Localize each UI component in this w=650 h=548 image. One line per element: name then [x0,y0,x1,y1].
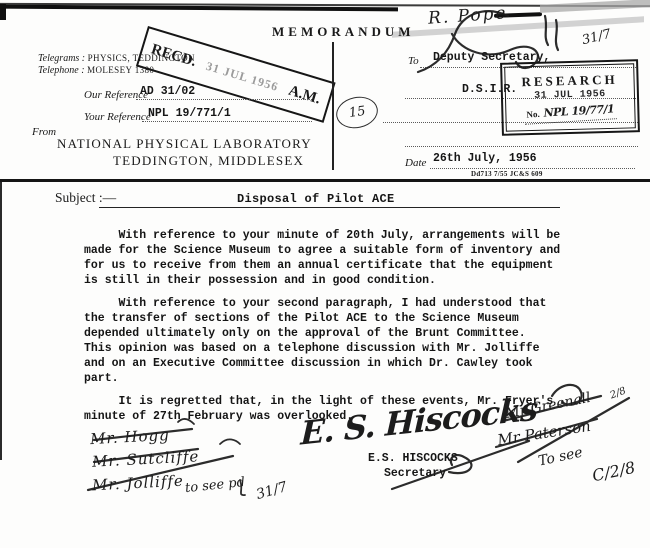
secretary-strike [392,441,529,489]
research-stamp: RESEARCH 31 JUL 1956 No. NPL 19/77/1 [500,59,640,136]
research-stamp-no-label: No. [526,109,540,120]
body-line: part. [84,371,576,386]
routing-note-left: to see pd [184,475,245,496]
top-scribble-date: 31/7 [581,27,613,49]
subject-title: Disposal of Pilot ACE [237,192,395,206]
routing-ref-right: C/2/8 [590,458,636,486]
telegrams-value: PHYSICS, TEDDINGTON [88,53,195,63]
signature-typed-name: E.S. HISCOCKS [368,452,458,465]
from-label: From [32,126,56,138]
body-line: depended ultimately only on the approval… [84,326,576,341]
scan-left-notch [0,4,6,20]
research-stamp-no-row: No. NPL 19/77/1 [524,99,617,125]
scan-gray-streak-1 [540,0,650,13]
org-name: NATIONAL PHYSICAL LABORATORY [57,136,312,152]
header-divider [332,42,334,170]
memorandum-document: MEMORANDUM RECD. 31 JUL 1956 A.M. Telegr… [0,0,650,548]
routing-name-2: Mr. Sutcliffe [92,447,200,471]
body-line: This opinion was based on a telephone di… [84,341,576,356]
body-line: is still in their possession and in good… [84,273,576,288]
body-line: and on an Executive Committee discussion… [84,356,576,371]
your-reference-value: NPL 19/771/1 [148,107,231,120]
routing-name-1: Mr. Hogg [90,426,171,448]
routing-note-right: To see [537,445,584,470]
telegrams-label: Telegrams : [38,53,85,64]
form-code: Dd713 7/55 JC&S 609 [471,170,543,178]
body-line: the transfer of sections of the Pilot AC… [84,311,576,326]
telegrams-row: Telegrams : PHYSICS, TEDDINGTON [38,53,195,64]
signature-typed-title: Secretary [384,467,446,480]
scan-left-edge-line [0,182,2,460]
paragraph-2: With reference to your second paragraph,… [84,296,576,386]
body-line: With reference to your minute of 20th Ju… [84,228,576,243]
your-reference-label: Your Reference [84,111,151,123]
telephone-row: Telephone : MOLESEY 1380 [38,65,154,76]
body-line: for us to receive from them an annual ce… [84,258,576,273]
routing-name-3: Mr. Jolliffe [92,472,185,495]
left-superscript-squiggle-2 [220,439,240,444]
research-stamp-inner: RESEARCH 31 JUL 1956 No. NPL 19/77/1 [504,63,636,131]
our-reference-value: AD 31/02 [140,85,195,98]
org-location: TEDDINGTON, MIDDLESEX [113,153,304,169]
research-stamp-title: RESEARCH [521,72,618,91]
telephone-value: MOLESEY 1380 [87,65,154,75]
date-label: Date [405,157,426,169]
circled-note: 15 [333,93,381,132]
body-line: made for the Science Museum to agree a s… [84,243,576,258]
body-line: With reference to your second paragraph,… [84,296,576,311]
circled-note-value: 15 [348,104,366,121]
research-stamp-no-value: NPL 19/77/1 [543,102,614,119]
date-value: 26th July, 1956 [433,152,537,165]
flourish-top-zigzag-1 [545,16,548,45]
memo-title: MEMORANDUM [272,24,415,40]
header-rule [0,179,650,182]
routing-mark-right: 2/8 [609,386,628,402]
routing-date-left: 31/7 [254,479,289,503]
to-label: To [408,55,419,67]
paragraph-1: With reference to your minute of 20th Ju… [84,228,576,288]
telephone-label: Telephone : [38,65,85,76]
